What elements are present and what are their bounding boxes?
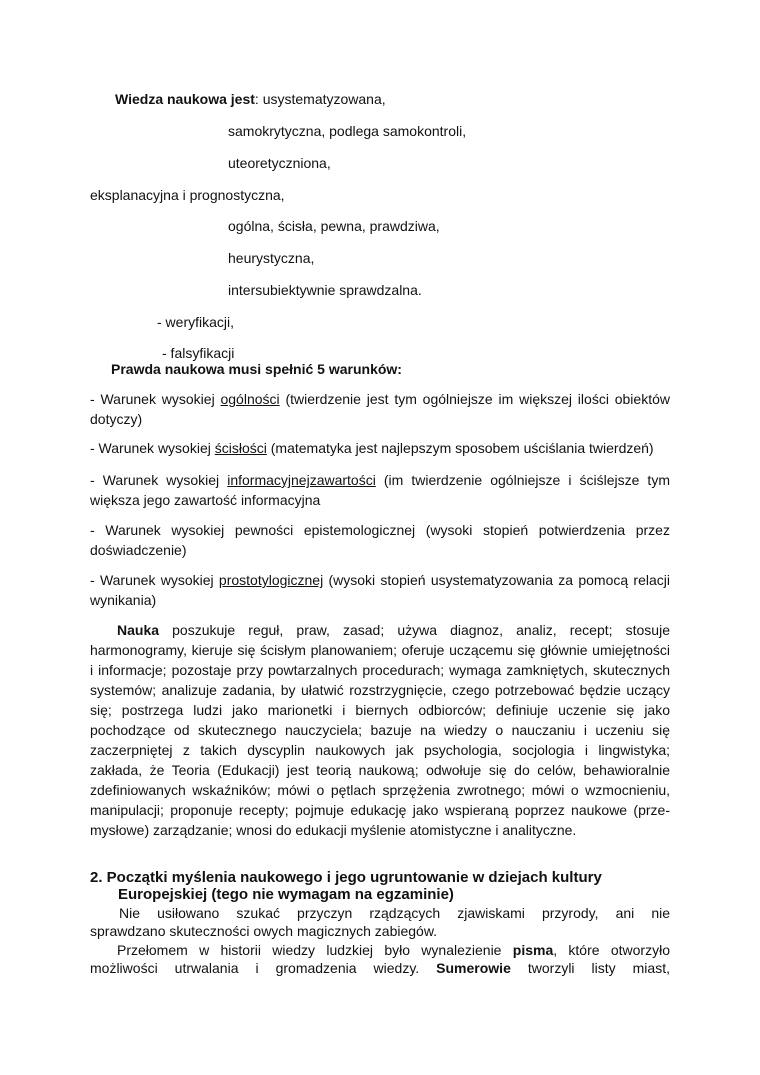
condition-prefix: - Warunek wysokiej — [90, 572, 219, 588]
section2-heading: 2. Początki myślenia naukowego i jego ug… — [90, 869, 602, 886]
knowledge-item: ogólna, ścisła, pewna, prawdziwa, — [228, 217, 440, 235]
science-lead-bold: Nauka — [117, 622, 159, 638]
condition-term: prostotylogicznej — [219, 572, 323, 588]
science-line: zaczerpniętej z takich dyscyplin naukowy… — [90, 740, 670, 760]
knowledge-lead: Wiedza naukowa jest: usystematyzowana, — [115, 90, 386, 108]
section2-text: tworzyli listy miast, — [511, 960, 670, 976]
knowledge-item: uteoretyczniona, — [228, 154, 331, 172]
science-line: mysłowe) zarządzanie; wnosi do edukacji … — [90, 820, 670, 840]
knowledge-item: intersubiektywnie sprawdzalna. — [228, 281, 422, 299]
truth-condition: - Warunek wysokiej prostotylogicznej (wy… — [90, 570, 670, 610]
science-line: systemów; analizuje zadania, by ułatwić … — [90, 680, 670, 700]
condition-term: ogólności — [220, 391, 279, 407]
knowledge-item: heurystyczna, — [228, 249, 314, 267]
truth-heading: Prawda naukowa musi spełnić 5 warunków: — [111, 360, 402, 378]
knowledge-dash-item: - weryfikacji, — [157, 313, 234, 331]
section2-text: Przełomem w historii wiedzy ludzkiej był… — [117, 942, 513, 958]
condition-text-line2: doświadczenie) — [90, 540, 670, 560]
condition-text-line2: wynikania) — [90, 590, 670, 610]
science-line: harmonogramy, kieruje się ścisłym planow… — [90, 640, 670, 660]
knowledge-item: samokrytyczna, podlega samokontroli, — [228, 122, 466, 140]
condition-text-line2: większa jego zawartość informacyjna — [90, 490, 670, 510]
truth-condition: - Warunek wysokiej informacyjnejzawartoś… — [90, 470, 670, 510]
science-paragraph: Nauka poszukuje reguł, praw, zasad; używ… — [90, 620, 670, 840]
condition-text: (im twierdzenie ogólniejsze i ściślejsze… — [376, 472, 670, 488]
truth-condition: - Warunek wysokiej ścisłości (matematyka… — [90, 438, 670, 458]
section2-line: sprawdzano skuteczności owych magicznych… — [90, 922, 670, 940]
section2-paragraph: Nie usiłowano szukać przyczyn rządzących… — [90, 904, 670, 940]
document-page: Wiedza naukowa jest: usystematyzowana, s… — [0, 0, 760, 1075]
science-line: manipulacji; proponuje recepty; pojmuje … — [90, 800, 670, 820]
truth-condition: - Warunek wysokiej ogólności (twierdzeni… — [90, 389, 670, 429]
condition-prefix: - Warunek wysokiej — [90, 391, 220, 407]
condition-text: (wysoki stopień usystematyzowania za pom… — [323, 572, 670, 588]
condition-term: ścisłości — [215, 440, 267, 456]
condition-term: informacyjnejzawartości — [227, 472, 376, 488]
science-line: pochodzące od skutecznego nauczyciela; b… — [90, 720, 670, 740]
condition-text-line2: dotyczy) — [90, 409, 670, 429]
science-line: i informacje; pozostaje przy powtarzalny… — [90, 660, 670, 680]
section2-text: , które otworzyło — [553, 942, 670, 958]
knowledge-item: eksplanacyjna i prognostyczna, — [90, 186, 285, 204]
condition-prefix: - Warunek wysokiej — [90, 472, 227, 488]
section2-paragraph: Przełomem w historii wiedzy ludzkiej był… — [90, 941, 670, 977]
condition-text: (matematyka jest najlepszym sposobem uśc… — [267, 440, 654, 456]
section2-text: możliwości utrwalania i gromadzenia wied… — [90, 960, 436, 976]
section2-heading-line2: Europejskiej (tego nie wymagam na egzami… — [118, 886, 454, 903]
condition-prefix: - Warunek wysokiej — [90, 440, 215, 456]
condition-text: (wysoki stopień potwierdzenia przez — [415, 522, 670, 538]
condition-prefix: - Warunek wysokiej — [90, 522, 235, 538]
section2-bold-term: pisma — [513, 942, 553, 958]
science-line: zakłada, że Teoria (Edukacji) jest teori… — [90, 760, 670, 780]
condition-term: pewności epistemologicznej — [235, 522, 415, 538]
section2-line: Nie usiłowano szukać przyczyn rządzących… — [90, 904, 670, 922]
science-line: poszukuje reguł, praw, zasad; używa diag… — [159, 622, 670, 638]
condition-text: (twierdzenie jest tym ogólniejsze im wię… — [280, 391, 670, 407]
truth-condition: - Warunek wysokiej pewności epistemologi… — [90, 520, 670, 560]
science-line: zdefiniowanych wskaźników; mówi o pętlac… — [90, 780, 670, 800]
science-line: się; postrzega ludzi jako marionetki i b… — [90, 700, 670, 720]
knowledge-lead-bold: Wiedza naukowa jest — [115, 91, 255, 107]
knowledge-lead-rest: : usystematyzowana, — [255, 91, 386, 107]
section2-bold-term: Sumerowie — [436, 960, 511, 976]
